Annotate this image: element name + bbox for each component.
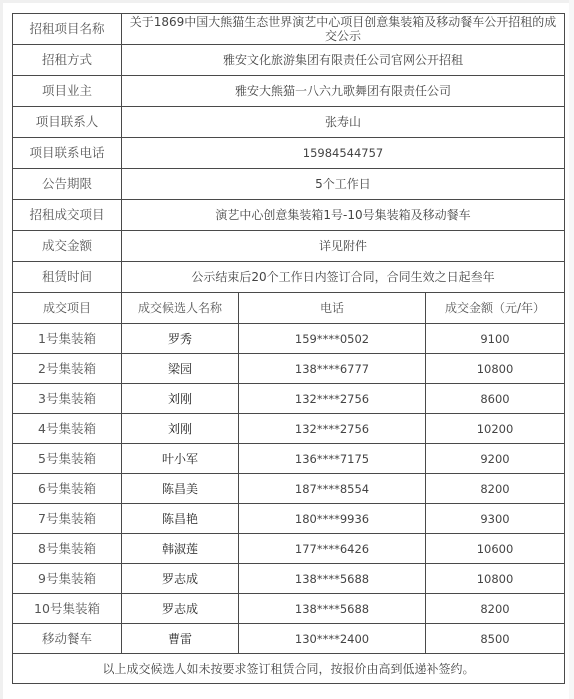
info-row-notice-period: 公告期限 5个工作日 [13, 169, 565, 200]
results-header-row: 成交项目 成交候选人名称 电话 成交金额（元/年） [13, 293, 565, 324]
candidate-cell: 刘刚 [122, 384, 239, 414]
info-label: 项目联系电话 [13, 138, 122, 169]
info-row-contact-person: 项目联系人 张寿山 [13, 107, 565, 138]
table-row: 5号集装箱 叶小军 136****7175 9200 [13, 444, 565, 474]
candidate-cell: 刘刚 [122, 414, 239, 444]
item-cell: 7号集装箱 [13, 504, 122, 534]
info-value: 15984544757 [122, 138, 565, 169]
table-row: 3号集装箱 刘刚 132****2756 8600 [13, 384, 565, 414]
candidate-cell: 曹雷 [122, 624, 239, 654]
footer-note: 以上成交候选人如未按要求签订租赁合同，按报价由高到低递补签约。 [13, 654, 565, 684]
info-value: 张寿山 [122, 107, 565, 138]
phone-cell: 138****6777 [239, 354, 426, 384]
amount-cell: 10600 [426, 534, 565, 564]
phone-cell: 180****9936 [239, 504, 426, 534]
item-cell: 1号集装箱 [13, 324, 122, 354]
item-cell: 2号集装箱 [13, 354, 122, 384]
candidate-cell: 罗志成 [122, 564, 239, 594]
info-row-award-amount: 成交金额 详见附件 [13, 231, 565, 262]
info-label: 项目业主 [13, 76, 122, 107]
column-header-phone: 电话 [239, 293, 426, 324]
page-frame-top [0, 0, 574, 3]
candidate-cell: 陈昌艳 [122, 504, 239, 534]
candidate-cell: 罗志成 [122, 594, 239, 624]
table-row: 6号集装箱 陈昌美 187****8554 8200 [13, 474, 565, 504]
amount-cell: 8200 [426, 474, 565, 504]
table-row: 4号集装箱 刘刚 132****2756 10200 [13, 414, 565, 444]
table-row: 7号集装箱 陈昌艳 180****9936 9300 [13, 504, 565, 534]
item-cell: 移动餐车 [13, 624, 122, 654]
table-row: 8号集装箱 韩淑莲 177****6426 10600 [13, 534, 565, 564]
candidate-cell: 梁园 [122, 354, 239, 384]
info-row-project-name: 招租项目名称 关于1869中国大熊猫生态世界演艺中心项目创意集装箱及移动餐车公开… [13, 14, 565, 45]
amount-cell: 10800 [426, 564, 565, 594]
info-value: 演艺中心创意集装箱1号-10号集装箱及移动餐车 [122, 200, 565, 231]
item-cell: 3号集装箱 [13, 384, 122, 414]
phone-cell: 138****5688 [239, 594, 426, 624]
info-row-awarded-items: 招租成交项目 演艺中心创意集装箱1号-10号集装箱及移动餐车 [13, 200, 565, 231]
info-label: 公告期限 [13, 169, 122, 200]
phone-cell: 187****8554 [239, 474, 426, 504]
amount-cell: 10800 [426, 354, 565, 384]
info-row-contact-phone: 项目联系电话 15984544757 [13, 138, 565, 169]
award-notice-table: 招租项目名称 关于1869中国大熊猫生态世界演艺中心项目创意集装箱及移动餐车公开… [12, 13, 565, 684]
phone-cell: 130****2400 [239, 624, 426, 654]
table-row: 1号集装箱 罗秀 159****0502 9100 [13, 324, 565, 354]
candidate-cell: 韩淑莲 [122, 534, 239, 564]
info-value: 5个工作日 [122, 169, 565, 200]
column-header-item: 成交项目 [13, 293, 122, 324]
amount-cell: 9300 [426, 504, 565, 534]
item-cell: 8号集装箱 [13, 534, 122, 564]
info-row-rental-method: 招租方式 雅安文化旅游集团有限责任公司官网公开招租 [13, 45, 565, 76]
phone-cell: 132****2756 [239, 414, 426, 444]
info-label: 招租成交项目 [13, 200, 122, 231]
table-row: 2号集装箱 梁园 138****6777 10800 [13, 354, 565, 384]
page-frame-right [569, 0, 574, 699]
info-label: 成交金额 [13, 231, 122, 262]
phone-cell: 159****0502 [239, 324, 426, 354]
table-row: 移动餐车 曹雷 130****2400 8500 [13, 624, 565, 654]
amount-cell: 9200 [426, 444, 565, 474]
info-value: 关于1869中国大熊猫生态世界演艺中心项目创意集装箱及移动餐车公开招租的成交公示 [122, 14, 565, 45]
info-label: 招租方式 [13, 45, 122, 76]
info-row-project-owner: 项目业主 雅安大熊猫一八六九歌舞团有限责任公司 [13, 76, 565, 107]
item-cell: 10号集装箱 [13, 594, 122, 624]
column-header-candidate: 成交候选人名称 [122, 293, 239, 324]
amount-cell: 8200 [426, 594, 565, 624]
page-frame-left [0, 0, 3, 699]
item-cell: 4号集装箱 [13, 414, 122, 444]
info-label: 招租项目名称 [13, 14, 122, 45]
item-cell: 9号集装箱 [13, 564, 122, 594]
info-value: 雅安文化旅游集团有限责任公司官网公开招租 [122, 45, 565, 76]
item-cell: 6号集装箱 [13, 474, 122, 504]
amount-cell: 8600 [426, 384, 565, 414]
info-value: 公示结束后20个工作日内签订合同，合同生效之日起叁年 [122, 262, 565, 293]
amount-cell: 9100 [426, 324, 565, 354]
column-header-amount: 成交金额（元/年） [426, 293, 565, 324]
candidate-cell: 陈昌美 [122, 474, 239, 504]
phone-cell: 177****6426 [239, 534, 426, 564]
info-label: 项目联系人 [13, 107, 122, 138]
table-row: 10号集装箱 罗志成 138****5688 8200 [13, 594, 565, 624]
phone-cell: 136****7175 [239, 444, 426, 474]
table-row: 9号集装箱 罗志成 138****5688 10800 [13, 564, 565, 594]
candidate-cell: 叶小军 [122, 444, 239, 474]
phone-cell: 132****2756 [239, 384, 426, 414]
info-value: 雅安大熊猫一八六九歌舞团有限责任公司 [122, 76, 565, 107]
item-cell: 5号集装箱 [13, 444, 122, 474]
amount-cell: 10200 [426, 414, 565, 444]
info-row-lease-term: 租赁时间 公示结束后20个工作日内签订合同，合同生效之日起叁年 [13, 262, 565, 293]
candidate-cell: 罗秀 [122, 324, 239, 354]
info-label: 租赁时间 [13, 262, 122, 293]
phone-cell: 138****5688 [239, 564, 426, 594]
info-value: 详见附件 [122, 231, 565, 262]
footer-note-row: 以上成交候选人如未按要求签订租赁合同，按报价由高到低递补签约。 [13, 654, 565, 684]
amount-cell: 8500 [426, 624, 565, 654]
